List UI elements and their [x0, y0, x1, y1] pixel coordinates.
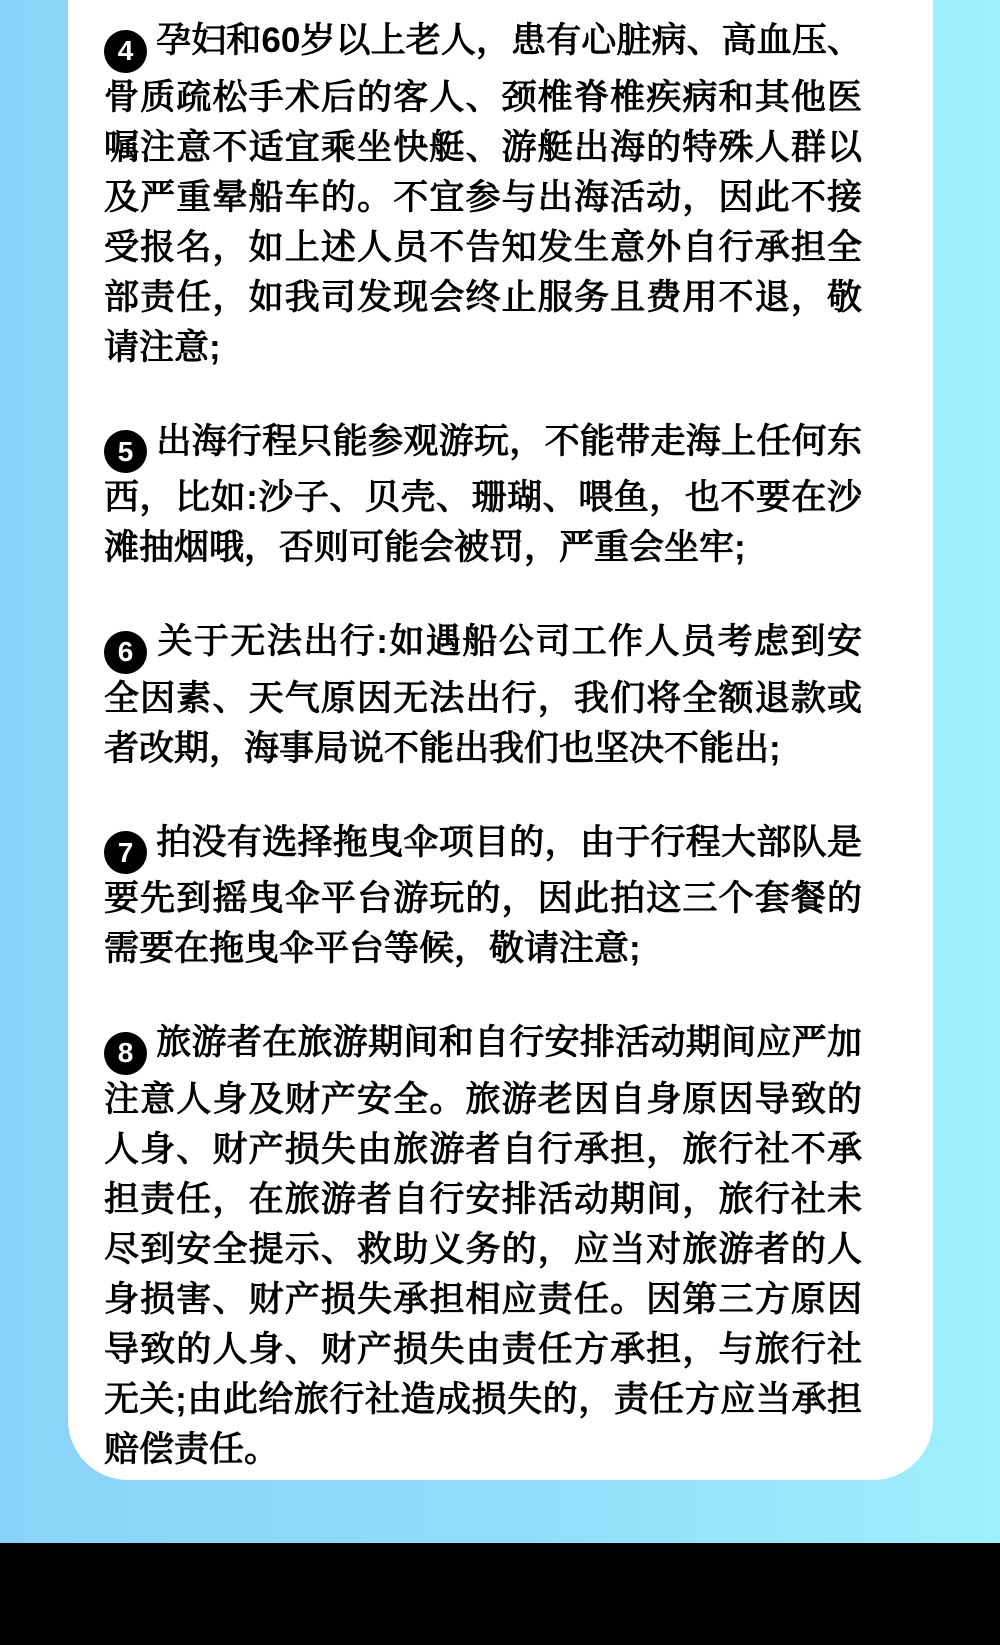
item-number-badge-4: 4 [104, 30, 147, 73]
item-number-badge-7: 7 [104, 831, 147, 874]
notice-item-5: 5出海行程只能参观游玩，不能带走海上任何东西，比如:沙子、贝壳、珊瑚、喂鱼，也不… [104, 417, 862, 574]
notice-item-6: 6关于无法出行:如遇船公司工作人员考虑到安全因素、天气原因无法出行，我们将全额退… [104, 617, 862, 774]
item-number-badge-6: 6 [104, 631, 147, 674]
item-text-7: 拍没有选择拖曳伞项目的，由于行程大部队是要先到摇曳伞平台游玩的，因此拍这三个套餐… [104, 823, 862, 969]
item-text-5: 出海行程只能参观游玩，不能带走海上任何东西，比如:沙子、贝壳、珊瑚、喂鱼，也不要… [104, 422, 862, 568]
notice-item-4: 4孕妇和60岁以上老人，患有心脏病、高血压、骨质疏松手术后的客人、颈椎脊椎疾病和… [104, 16, 862, 373]
notice-item-8: 8旅游者在旅游期间和自行安排活动期间应严加注意人身及财产安全。旅游老因自身原因导… [104, 1018, 862, 1475]
bottom-black-band [0, 1543, 1000, 1645]
item-text-8: 旅游者在旅游期间和自行安排活动期间应严加注意人身及财产安全。旅游老因自身原因导致… [104, 1023, 862, 1469]
notice-page-background: 4孕妇和60岁以上老人，患有心脏病、高血压、骨质疏松手术后的客人、颈椎脊椎疾病和… [0, 0, 1000, 1645]
item-text-6: 关于无法出行:如遇船公司工作人员考虑到安全因素、天气原因无法出行，我们将全额退款… [104, 622, 862, 768]
notice-content: 4孕妇和60岁以上老人，患有心脏病、高血压、骨质疏松手术后的客人、颈椎脊椎疾病和… [104, 16, 862, 1475]
item-text-4: 孕妇和60岁以上老人，患有心脏病、高血压、骨质疏松手术后的客人、颈椎脊椎疾病和其… [104, 21, 862, 367]
notice-item-7: 7拍没有选择拖曳伞项目的，由于行程大部队是要先到摇曳伞平台游玩的，因此拍这三个套… [104, 818, 862, 975]
item-number-badge-5: 5 [104, 430, 147, 473]
item-number-badge-8: 8 [104, 1032, 147, 1075]
